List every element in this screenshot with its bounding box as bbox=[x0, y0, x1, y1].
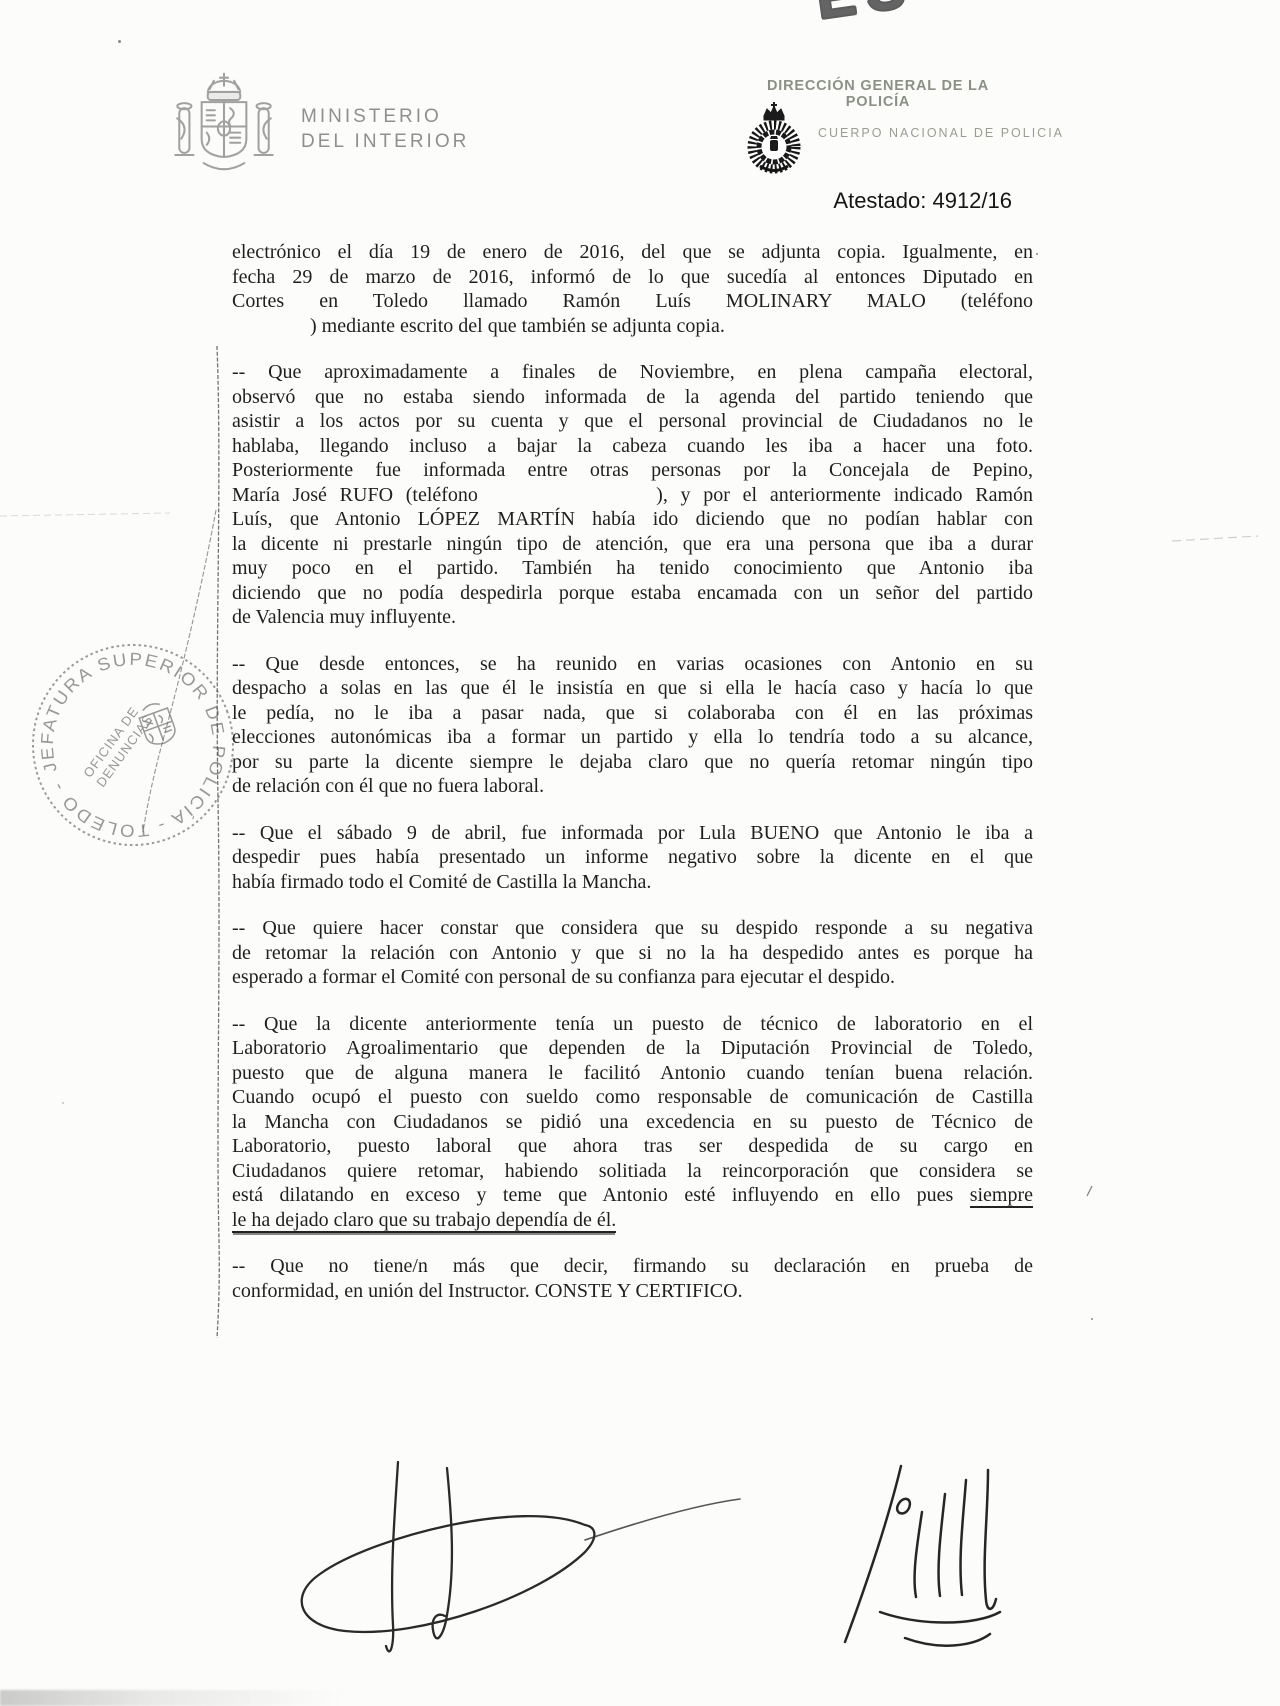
declaration-text: electrónico el día 19 de enero de 2016, … bbox=[232, 240, 1033, 1325]
paragraph-campaign: -- Que aproximadamente a finales de Novi… bbox=[232, 360, 1033, 630]
case-number: Atestado: 4912/16 bbox=[833, 188, 1012, 214]
scan-speck bbox=[62, 1102, 64, 1104]
right-margin-scratch bbox=[1172, 536, 1258, 541]
paragraph-intro: electrónico el día 19 de enero de 2016, … bbox=[232, 240, 1033, 338]
ministry-line-2: DEL INTERIOR bbox=[301, 129, 469, 154]
paragraph-statement: -- Que quiere hacer constar que consider… bbox=[232, 916, 1033, 990]
scanned-document-page: ES COPIA bbox=[0, 0, 1280, 1706]
spain-coat-of-arms-icon bbox=[163, 68, 285, 185]
right-margin-tick bbox=[1087, 1186, 1092, 1196]
policia-nacional-badge-icon bbox=[742, 100, 806, 180]
police-station-round-stamp: JEFATURA SUPERIOR DE POLICÍA - TOLEDO - … bbox=[18, 630, 248, 860]
scan-speck bbox=[118, 40, 121, 43]
paragraph-dismissal: -- Que el sábado 9 de abril, fue informa… bbox=[232, 821, 1033, 895]
ministry-line-1: MINISTERIO bbox=[301, 104, 469, 129]
ministry-name: MINISTERIO DEL INTERIOR bbox=[301, 104, 469, 154]
scan-speck bbox=[1091, 1318, 1093, 1320]
paragraph-closing: -- Que no tiene/n más que decir, firmand… bbox=[232, 1254, 1033, 1303]
scan-edge-smudge bbox=[0, 1690, 340, 1706]
signature-right bbox=[845, 1466, 1000, 1646]
scan-speck bbox=[1036, 253, 1038, 255]
paragraph-laboratory: -- Que la dicente anteriormente tenía un… bbox=[232, 1012, 1033, 1233]
left-margin-scratch bbox=[0, 513, 170, 516]
paragraph-meetings: -- Que desde entonces, se ha reunido en … bbox=[232, 652, 1033, 799]
es-copia-stamp: ES COPIA bbox=[812, 0, 1209, 32]
signature-left bbox=[302, 1462, 740, 1651]
cuerpo-nacional-label: CUERPO NACIONAL DE POLICIA bbox=[818, 126, 1064, 140]
